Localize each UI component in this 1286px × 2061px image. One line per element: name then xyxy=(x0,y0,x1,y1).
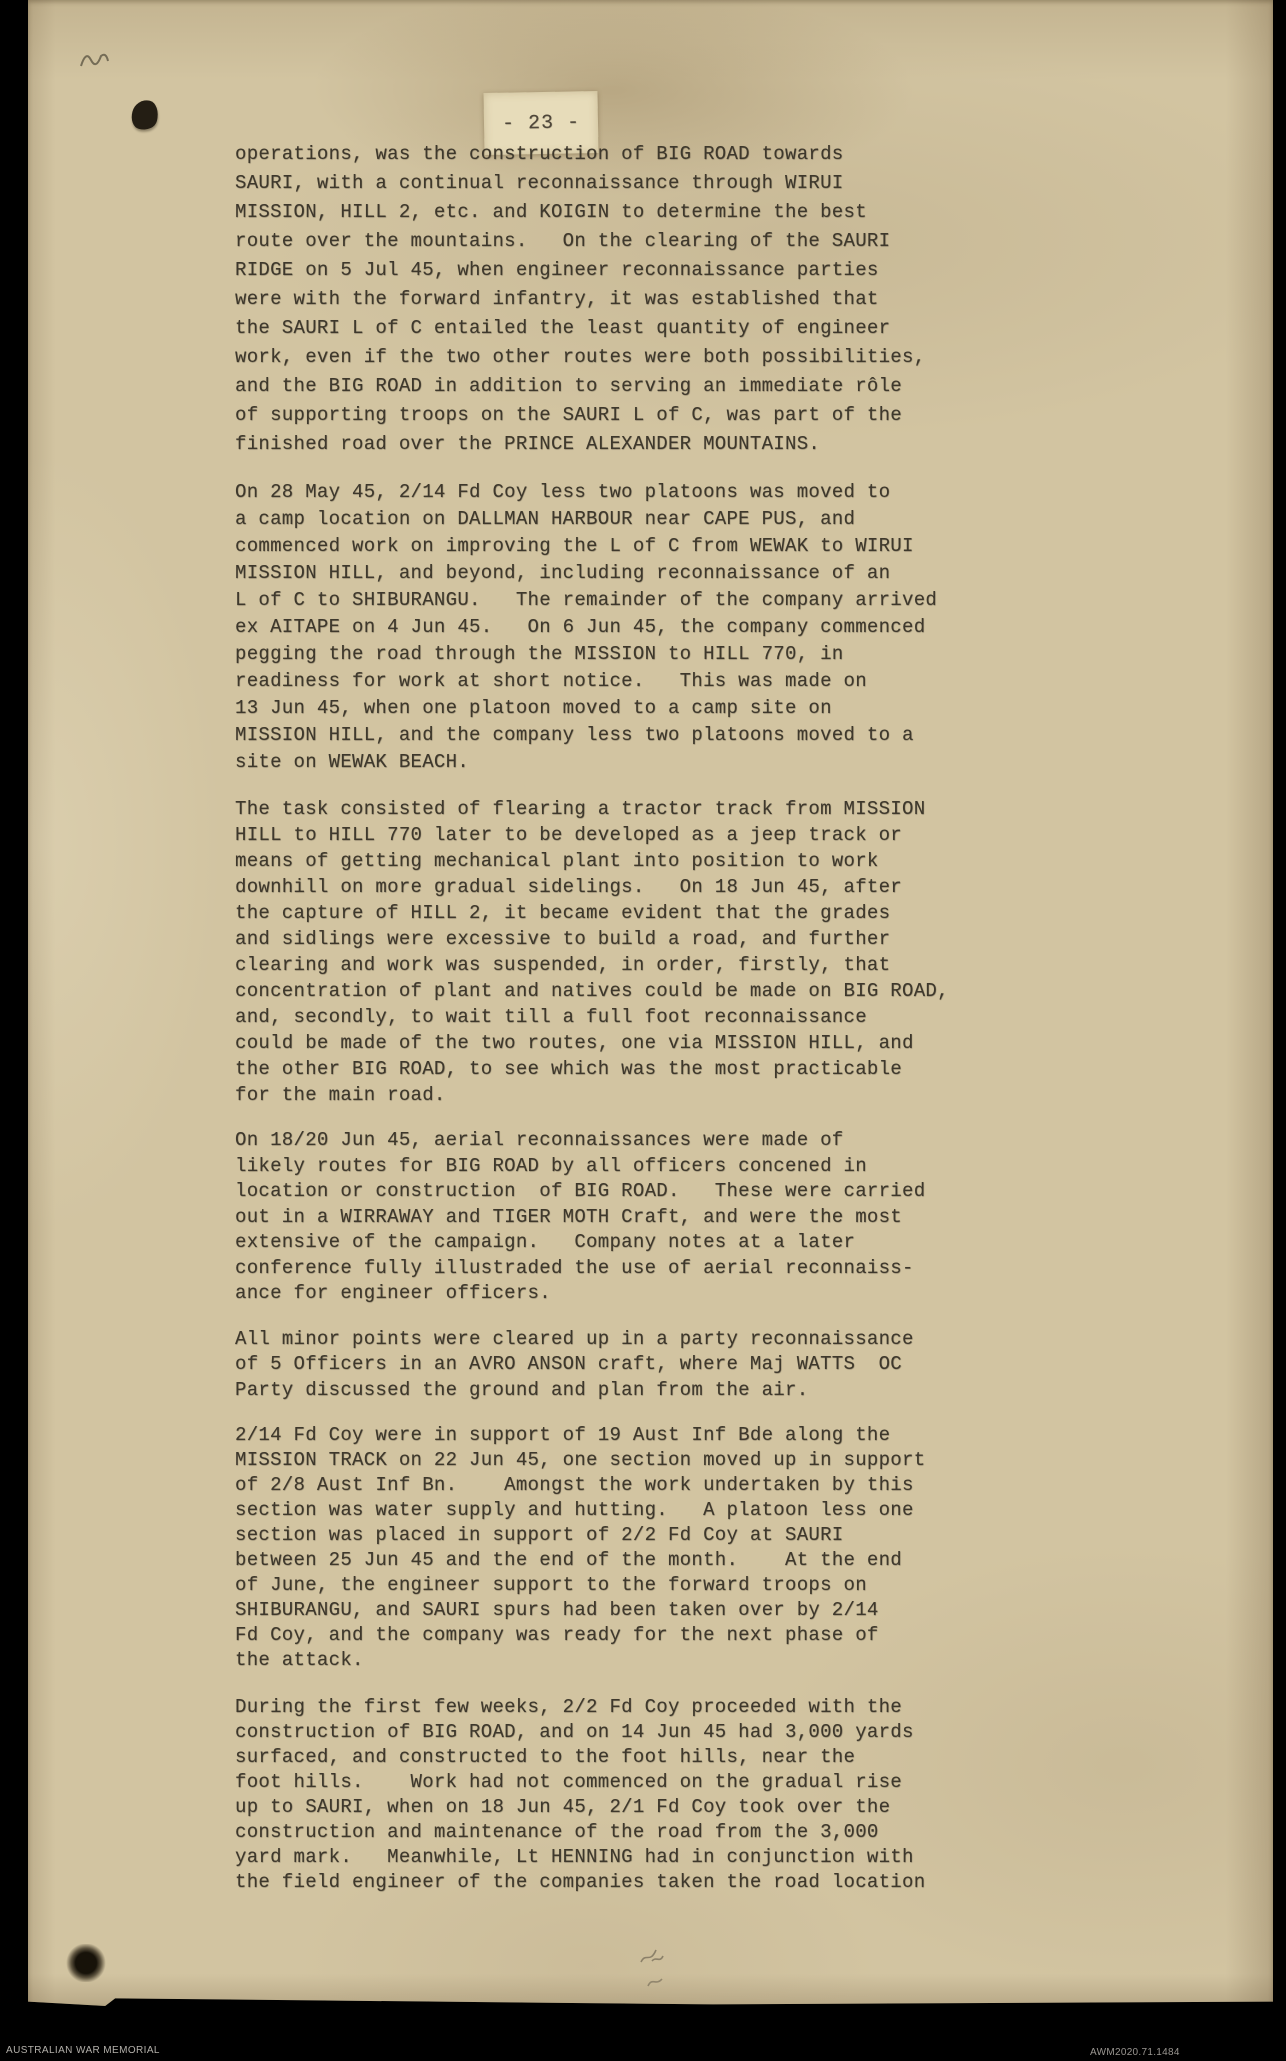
text-line: pegging the road through the MISSION to … xyxy=(235,641,995,668)
reference-number: AWM2020.71.1484 xyxy=(1090,2047,1180,2058)
text-line: concentration of plant and natives could… xyxy=(235,978,995,1004)
paragraph: The task consisted of flearing a tractor… xyxy=(235,796,995,1108)
paragraph: operations, was the construction of BIG … xyxy=(235,140,995,459)
text-line: section was water supply and hutting. A … xyxy=(235,1498,995,1523)
text-line: foot hills. Work had not commenced on th… xyxy=(235,1770,995,1795)
text-line: the field engineer of the companies take… xyxy=(235,1870,995,1895)
text-line: All minor points were cleared up in a pa… xyxy=(235,1327,995,1353)
text-line: site on WEWAK BEACH. xyxy=(235,749,995,776)
archive-watermark: AUSTRALIAN WAR MEMORIAL xyxy=(6,2045,160,2056)
text-line: On 28 May 45, 2/14 Fd Coy less two plato… xyxy=(235,479,995,506)
text-line: HILL to HILL 770 later to be developed a… xyxy=(235,822,995,848)
text-line: the capture of HILL 2, it became evident… xyxy=(235,900,995,926)
text-line: the SAURI L of C entailed the least quan… xyxy=(235,314,995,343)
text-line: means of getting mechanical plant into p… xyxy=(235,848,995,874)
text-line: ance for engineer officers. xyxy=(235,1281,995,1307)
text-line: route over the mountains. On the clearin… xyxy=(235,227,995,256)
text-line: 2/14 Fd Coy were in support of 19 Aust I… xyxy=(235,1423,995,1448)
text-line: were with the forward infantry, it was e… xyxy=(235,285,995,314)
pencil-scribble-mark xyxy=(638,1944,666,1968)
text-line: of June, the engineer support to the for… xyxy=(235,1573,995,1598)
text-line: downhill on more gradual sidelings. On 1… xyxy=(235,874,995,900)
paragraph: On 18/20 Jun 45, aerial reconnaissances … xyxy=(235,1128,995,1307)
text-line: construction of BIG ROAD, and on 14 Jun … xyxy=(235,1720,995,1745)
text-line: likely routes for BIG ROAD by all office… xyxy=(235,1154,995,1180)
text-line: yard mark. Meanwhile, Lt HENNING had in … xyxy=(235,1845,995,1870)
paragraph: On 28 May 45, 2/14 Fd Coy less two plato… xyxy=(235,479,995,776)
text-line: extensive of the campaign. Company notes… xyxy=(235,1230,995,1256)
text-line: readiness for work at short notice. This… xyxy=(235,668,995,695)
text-line: finished road over the PRINCE ALEXANDER … xyxy=(235,430,995,459)
text-line: out in a WIRRAWAY and TIGER MOTH Craft, … xyxy=(235,1205,995,1231)
text-line: clearing and work was suspended, in orde… xyxy=(235,952,995,978)
text-line: SAURI, with a continual reconnaissance t… xyxy=(235,169,995,198)
text-line: SHIBURANGU, and SAURI spurs had been tak… xyxy=(235,1598,995,1623)
text-line: Party discussed the ground and plan from… xyxy=(235,1378,995,1404)
text-line: On 18/20 Jun 45, aerial reconnaissances … xyxy=(235,1128,995,1154)
text-line: RIDGE on 5 Jul 45, when engineer reconna… xyxy=(235,256,995,285)
text-line: the other BIG ROAD, to see which was the… xyxy=(235,1056,995,1082)
text-line: work, even if the two other routes were … xyxy=(235,343,995,372)
text-line: MISSION HILL, and beyond, including reco… xyxy=(235,560,995,587)
text-line: L of C to SHIBURANGU. The remainder of t… xyxy=(235,587,995,614)
text-line: location or construction of BIG ROAD. Th… xyxy=(235,1179,995,1205)
text-line: commenced work on improving the L of C f… xyxy=(235,533,995,560)
scan-root: { "document": { "page_label": "- 23 -", … xyxy=(0,0,1286,2061)
text-line: construction and maintenance of the road… xyxy=(235,1820,995,1845)
paragraph: 2/14 Fd Coy were in support of 19 Aust I… xyxy=(235,1423,995,1673)
text-line: During the first few weeks, 2/2 Fd Coy p… xyxy=(235,1695,995,1720)
text-line: and sidlings were excessive to build a r… xyxy=(235,926,995,952)
text-line: section was placed in support of 2/2 Fd … xyxy=(235,1523,995,1548)
text-line: MISSION, HILL 2, etc. and KOIGIN to dete… xyxy=(235,198,995,227)
text-line: a camp location on DALLMAN HARBOUR near … xyxy=(235,506,995,533)
punch-hole-mark xyxy=(66,1944,106,1982)
text-line: ex AITAPE on 4 Jun 45. On 6 Jun 45, the … xyxy=(235,614,995,641)
pencil-scribble-mark xyxy=(644,1972,666,1990)
text-line: for the main road. xyxy=(235,1082,995,1108)
text-line: between 25 Jun 45 and the end of the mon… xyxy=(235,1548,995,1573)
text-line: MISSION TRACK on 22 Jun 45, one section … xyxy=(235,1448,995,1473)
text-line: the attack. xyxy=(235,1648,995,1673)
text-line: The task consisted of flearing a tractor… xyxy=(235,796,995,822)
text-line: surfaced, and constructed to the foot hi… xyxy=(235,1745,995,1770)
document-page: - 23 - operations, was the construction … xyxy=(28,0,1273,2006)
paragraph: During the first few weeks, 2/2 Fd Coy p… xyxy=(235,1695,995,1895)
text-line: operations, was the construction of BIG … xyxy=(235,140,995,169)
text-line: 13 Jun 45, when one platoon moved to a c… xyxy=(235,695,995,722)
text-line: up to SAURI, when on 18 Jun 45, 2/1 Fd C… xyxy=(235,1795,995,1820)
text-line: of 2/8 Aust Inf Bn. Amongst the work und… xyxy=(235,1473,995,1498)
text-line: Fd Coy, and the company was ready for th… xyxy=(235,1623,995,1648)
pen-squiggle-mark xyxy=(78,46,112,74)
text-line: and, secondly, to wait till a full foot … xyxy=(235,1004,995,1030)
page-number: - 23 - xyxy=(502,111,580,135)
text-line: could be made of the two routes, one via… xyxy=(235,1030,995,1056)
ink-blob-mark xyxy=(129,97,161,132)
document-scan: - 23 - operations, was the construction … xyxy=(0,0,1286,2061)
text-line: of 5 Officers in an AVRO ANSON craft, wh… xyxy=(235,1352,995,1378)
paragraph: All minor points were cleared up in a pa… xyxy=(235,1327,995,1404)
text-line: and the BIG ROAD in addition to serving … xyxy=(235,372,995,401)
typed-text-block: operations, was the construction of BIG … xyxy=(235,140,995,1915)
text-line: MISSION HILL, and the company less two p… xyxy=(235,722,995,749)
text-line: of supporting troops on the SAURI L of C… xyxy=(235,401,995,430)
text-line: conference fully illustraded the use of … xyxy=(235,1256,995,1282)
